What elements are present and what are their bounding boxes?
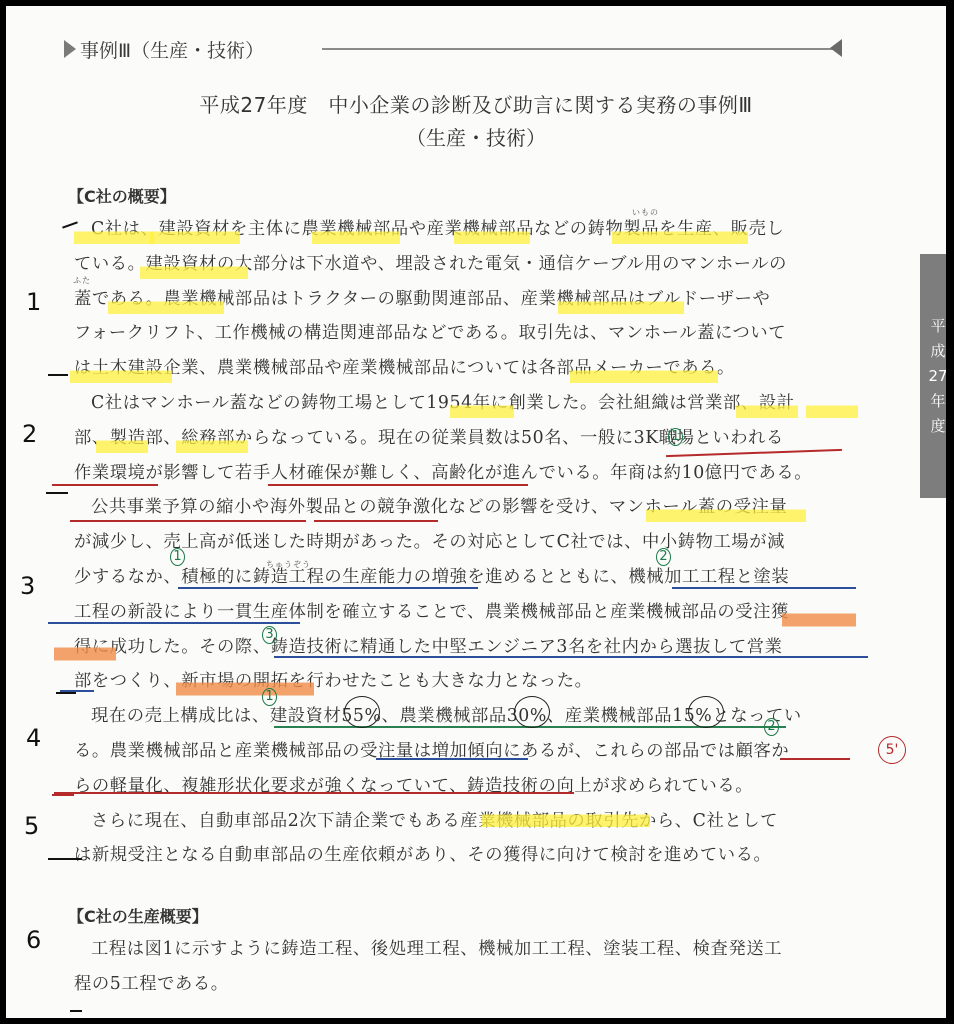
- green-circled-number: 1: [262, 688, 277, 706]
- highlight: [74, 220, 154, 246]
- document-title: 平成27年度 中小企業の診断及び助言に関する実務の事例Ⅲ: [6, 89, 946, 118]
- highlight: [108, 290, 224, 316]
- highlight: [176, 429, 248, 455]
- text-line: 得に成功した。その際、鋳造技術に精通した中堅エンジニア3名を社内から選抜して営業: [74, 630, 864, 665]
- underline-red: [780, 758, 850, 760]
- highlight: [806, 394, 858, 420]
- highlight: [150, 220, 240, 246]
- green-circled-number: 3: [262, 626, 277, 644]
- text-line: さらに現在、自動車部品2次下請企業でもある産業機械部品の取引先から、C社として: [74, 804, 864, 839]
- margin-number: 6: [26, 926, 41, 954]
- triangle-left-icon: [830, 39, 842, 57]
- margin-number: 1: [26, 288, 41, 316]
- underline-blue: [178, 587, 478, 589]
- highlight-orange: [782, 603, 856, 629]
- circle-mark: [344, 696, 380, 728]
- section-header: 事例Ⅲ（生産・技術）: [64, 34, 264, 64]
- margin-dash: [56, 692, 76, 694]
- document-page: 事例Ⅲ（生産・技術） 平成27年度 中小企業の診断及び助言に関する実務の事例Ⅲ …: [6, 6, 946, 1018]
- highlight: [96, 429, 148, 455]
- highlight: [482, 803, 650, 829]
- side-tab-char: 度: [930, 414, 945, 439]
- margin-dash: [48, 858, 82, 860]
- text-line: 工程の新設により一貫生産体制を確立することで、農業機械部品と産業機械部品の受注獲: [74, 595, 864, 630]
- document-subtitle: （生産・技術）: [6, 122, 946, 151]
- red-circled-mark: 5': [878, 736, 906, 764]
- side-tab-char: 成: [930, 339, 945, 364]
- margin-dash: [52, 794, 74, 796]
- underline-red: [52, 484, 158, 486]
- triangle-right-icon: [64, 40, 76, 58]
- margin-number: 2: [22, 420, 37, 448]
- underline-red: [268, 484, 528, 486]
- underline-blue: [274, 656, 868, 658]
- highlight-orange: [54, 637, 116, 663]
- side-tab-char: 平: [930, 314, 945, 339]
- green-circled-number: 2: [764, 718, 779, 736]
- year-side-tab: 平 成 27 年 度: [920, 254, 946, 498]
- highlight: [736, 394, 798, 420]
- margin-dash: [46, 492, 68, 494]
- underline-red: [70, 520, 306, 522]
- text-line: 程の5工程である。: [74, 967, 864, 1002]
- underline-blue: [48, 622, 300, 624]
- text-line: 少するなか、積極的に鋳造工程の生産能力の増強を進めるとともに、機械加工工程と塗装: [74, 560, 864, 595]
- production-body: 工程は図1に示すように鋳造工程、後処理工程、機械加工工程、塗装工程、検査発送工 …: [74, 932, 864, 1002]
- highlight-orange: [176, 672, 314, 698]
- side-tab-char: 27: [928, 364, 946, 389]
- green-circled-number: 2: [656, 548, 671, 566]
- margin-number: 4: [26, 724, 41, 752]
- section-heading-production: 【C社の生産概要】: [68, 904, 208, 927]
- section-heading-overview: 【C社の概要】: [68, 184, 176, 207]
- highlight: [70, 359, 172, 385]
- highlight: [612, 220, 748, 246]
- highlight: [646, 498, 806, 524]
- highlight: [454, 220, 530, 246]
- highlight: [450, 394, 514, 420]
- underline-red: [314, 520, 438, 522]
- highlight: [140, 255, 248, 281]
- underline-red: [54, 792, 574, 794]
- margin-number: 5: [24, 812, 39, 840]
- header-rule: [322, 48, 842, 50]
- highlight: [558, 290, 684, 316]
- text-line: る。農業機械部品と産業機械部品の受注量は増加傾向にあるが、これらの部品では顧客か: [74, 734, 864, 769]
- margin-dash: [70, 1010, 82, 1012]
- highlight: [312, 220, 400, 246]
- text-line: らの軽量化、複雑形状化要求が強くなっていて、鋳造技術の向上が求められている。: [74, 769, 864, 804]
- text-line: 現在の売上構成比は、建設資材55%、農業機械部品30%、産業機械部品15%となっ…: [74, 699, 864, 734]
- highlight: [570, 359, 718, 385]
- underline-blue: [672, 587, 856, 589]
- circle-mark: [514, 696, 550, 728]
- text-line: が減少し、売上高が低迷した時期があった。その対応としてC社では、中小鋳物工場が減: [74, 525, 864, 560]
- side-tab-char: 年: [930, 389, 945, 414]
- underline-blue: [376, 758, 528, 760]
- circle-mark: [688, 696, 724, 728]
- text-line: は新規受注となる自動車部品の生産依頼があり、その獲得に向けて検討を進めている。: [74, 838, 864, 873]
- margin-number: 3: [20, 572, 35, 600]
- green-circled-number: 1: [170, 548, 185, 566]
- margin-dash: [48, 374, 68, 376]
- text-line: フォークリフト、工作機械の構造関連部品などである。取引先は、マンホール蓋について: [74, 316, 864, 351]
- text-line: は土木建設企業、農業機械部品や産業機械部品については各部品メーカーである。: [74, 351, 864, 386]
- green-circled-number: 1: [668, 428, 683, 446]
- section-label: 事例Ⅲ（生産・技術）: [80, 36, 264, 63]
- text-line: 工程は図1に示すように鋳造工程、後処理工程、機械加工工程、塗装工程、検査発送工: [74, 932, 864, 967]
